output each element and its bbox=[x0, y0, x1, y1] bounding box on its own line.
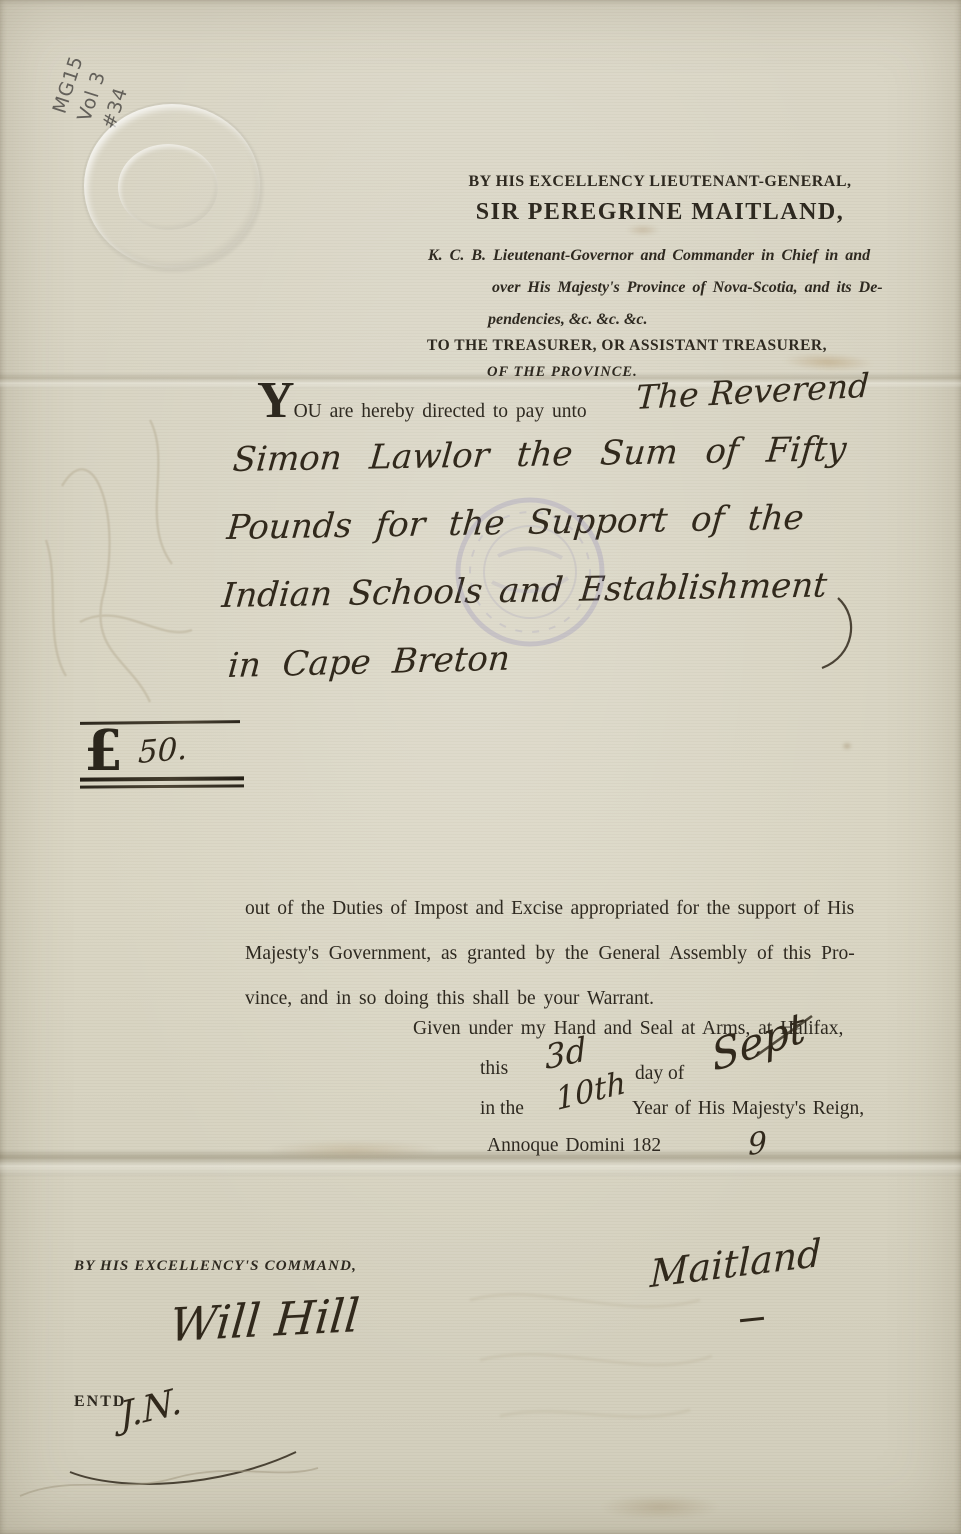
amount-rule-bottom-1 bbox=[80, 776, 244, 781]
embossed-seal bbox=[82, 102, 262, 270]
stain-spot bbox=[600, 1494, 720, 1520]
entered-clerk-initials: J.N. bbox=[119, 1380, 184, 1437]
scanned-warrant-document: MG15 Vol 3 #34 BY HIS EXCELLENCY LIEUTEN… bbox=[0, 0, 961, 1534]
directive-line: Y OU are hereby directed to pay unto bbox=[257, 381, 587, 423]
this-label: this bbox=[480, 1058, 508, 1080]
stain-spot bbox=[842, 742, 852, 750]
header-excellency-line: BY HIS EXCELLENCY LIEUTENANT-GENERAL, bbox=[440, 173, 880, 191]
secretary-signature: Will Hill bbox=[168, 1288, 362, 1352]
warrant-clause-line-1: out of the Duties of Impost and Excise a… bbox=[245, 898, 854, 920]
by-command-line: BY HIS EXCELLENCY'S COMMAND, bbox=[74, 1258, 357, 1275]
signature-underline-dash bbox=[740, 1317, 764, 1322]
stain-spot bbox=[268, 1140, 438, 1160]
addressee-line-1: TO THE TREASURER, OR ASSISTANT TREASURER… bbox=[396, 337, 858, 355]
warrant-clause-line-3: vince, and in so doing this shall be you… bbox=[245, 988, 654, 1010]
header-titles-line-2: over His Majesty's Province of Nova-Scot… bbox=[492, 279, 883, 297]
header-governor-name: SIR PEREGRINE MAITLAND, bbox=[440, 199, 880, 226]
day-of-label: day of bbox=[635, 1063, 684, 1085]
governor-signature: Maitland bbox=[650, 1231, 822, 1296]
addressee-line-2: OF THE PROVINCE. bbox=[487, 364, 638, 381]
handwritten-day: 3d bbox=[544, 1029, 588, 1077]
stain-spot bbox=[626, 224, 660, 236]
header-titles-line-3: pendencies, &c. &c. &c. bbox=[488, 311, 648, 329]
amount-rule-bottom-2 bbox=[80, 784, 244, 788]
dropcap-y: Y bbox=[257, 381, 294, 421]
handwritten-amount: 50. bbox=[138, 731, 188, 771]
archives-round-stamp-icon bbox=[452, 494, 608, 650]
directive-text: OU are hereby directed to pay unto bbox=[294, 401, 587, 423]
handwritten-month: Sept bbox=[709, 1002, 809, 1081]
warrant-clause-line-2: Majesty's Government, as granted by the … bbox=[245, 943, 855, 965]
embossed-seal-crest bbox=[118, 144, 218, 230]
pound-sterling-symbol: £ bbox=[84, 718, 123, 784]
annoque-domini-label: Annoque Domini 182 bbox=[487, 1135, 661, 1157]
handwritten-anno-year: 9 bbox=[747, 1125, 767, 1163]
regnal-year-line: Year of His Majesty's Reign, bbox=[632, 1098, 864, 1120]
fold-crease-lower bbox=[0, 1150, 961, 1176]
in-the-label: in the bbox=[480, 1098, 524, 1120]
handwritten-payee-line-2: Simon Lawlor the Sum of Fifty bbox=[231, 429, 848, 480]
header-titles-line-1: K. C. B. Lieutenant-Governor and Command… bbox=[428, 247, 870, 265]
